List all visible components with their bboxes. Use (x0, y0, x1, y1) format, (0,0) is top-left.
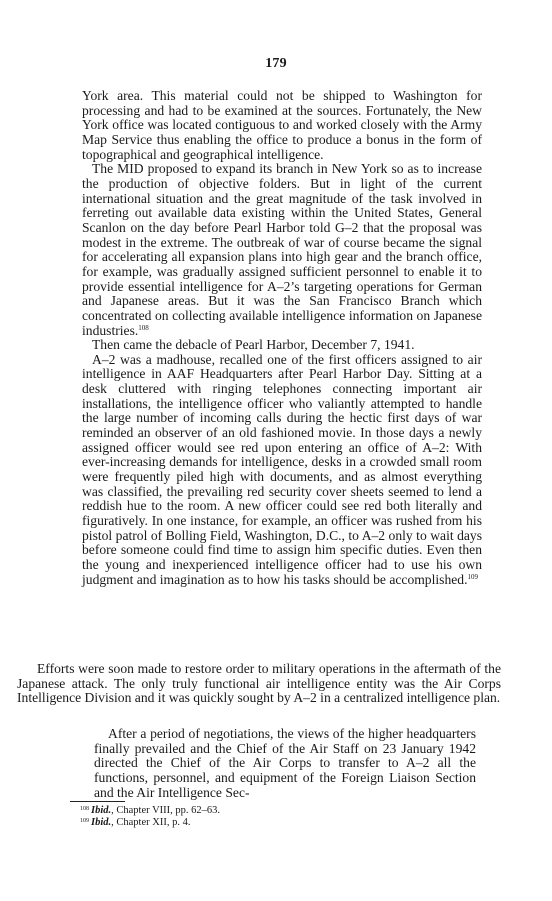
footnote-108: 108Ibid., Chapter VIII, pp. 62–63. (80, 805, 220, 817)
footnote-divider (70, 801, 125, 802)
paragraph-madhouse: A–2 was a madhouse, recalled one of the … (82, 353, 482, 588)
footnote-ibid: Ibid. (91, 817, 111, 828)
main-text-column: York area. This material could not be sh… (82, 89, 482, 587)
paragraph-efforts: Efforts were soon made to restore order … (17, 662, 501, 706)
paragraph-mid-proposal: The MID proposed to expand its branch in… (82, 162, 482, 338)
page-number: 179 (0, 56, 552, 72)
footnote-ibid: Ibid. (91, 805, 111, 816)
paragraph-pearl-harbor: Then came the debacle of Pearl Harbor, D… (82, 338, 482, 353)
footnote-number: 109 (80, 818, 89, 824)
footnote-ref-108: 108 (138, 324, 149, 332)
paragraph-text: A–2 was a madhouse, recalled one of the … (82, 352, 482, 587)
footnote-109: 109Ibid., Chapter XII, p. 4. (80, 817, 220, 829)
paragraph-negotiations: After a period of negotiations, the view… (94, 727, 476, 800)
footnote-text: , Chapter XII, p. 4. (111, 817, 190, 828)
footnote-text: , Chapter VIII, pp. 62–63. (111, 805, 220, 816)
paragraph-york-area: York area. This material could not be sh… (82, 89, 482, 162)
footnote-ref-109: 109 (467, 573, 478, 581)
paragraph-text: The MID proposed to expand its branch in… (82, 161, 482, 337)
footnote-number: 108 (80, 806, 89, 812)
footnotes: 108Ibid., Chapter VIII, pp. 62–63. 109Ib… (80, 805, 220, 829)
